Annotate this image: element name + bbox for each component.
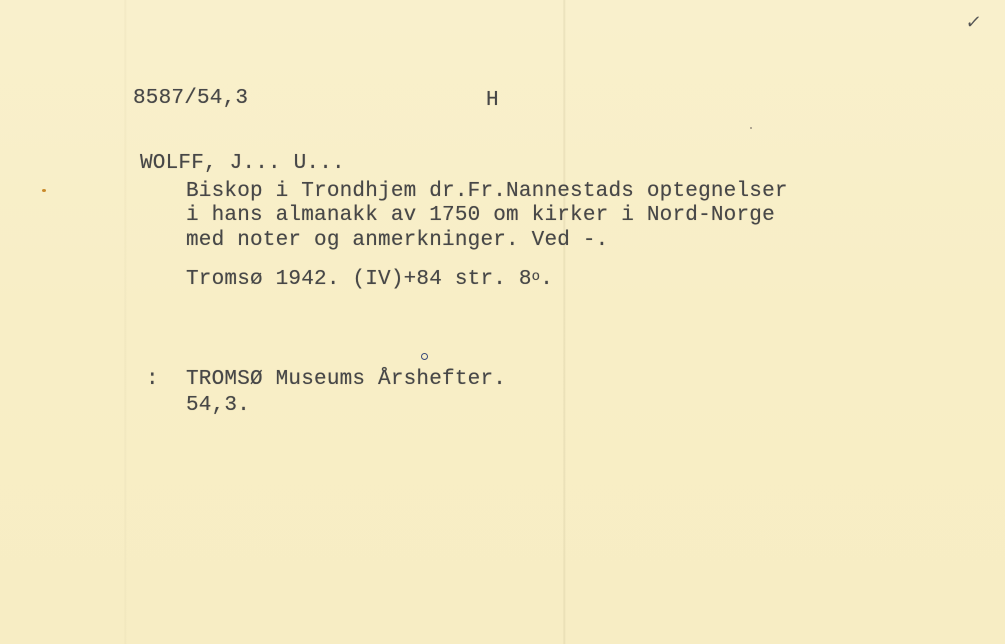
title-line: med noter og anmerkninger. Ved -. xyxy=(186,229,608,253)
imprint-end: . xyxy=(540,268,553,291)
paper-speck xyxy=(42,189,46,192)
title-line: i hans almanakk av 1750 om kirker i Nord… xyxy=(186,204,775,228)
shelf-mark: H xyxy=(486,89,499,113)
format-degree: o xyxy=(532,269,541,285)
title-line: Biskop i Trondhjem dr.Fr.Nannestads opte… xyxy=(186,180,788,204)
check-mark-icon: ✓ xyxy=(964,12,983,33)
call-number: 8587/54,3 xyxy=(133,87,248,111)
author-heading: WOLFF, J... U... xyxy=(140,152,345,176)
imprint-text: Tromsø 1942. (IV)+84 str. 8 xyxy=(186,268,532,291)
series-colon: : xyxy=(146,368,159,392)
paper-speck xyxy=(750,127,752,129)
series-number: 54,3. xyxy=(186,394,250,418)
catalog-card: ✓ 8587/54,3 H WOLFF, J... U... Biskop i … xyxy=(0,0,1005,644)
series-name: TROMSØ Museums Årshefter. xyxy=(186,368,506,392)
imprint: Tromsø 1942. (IV)+84 str. 8o. xyxy=(186,268,553,293)
ink-ring-mark xyxy=(421,353,428,360)
